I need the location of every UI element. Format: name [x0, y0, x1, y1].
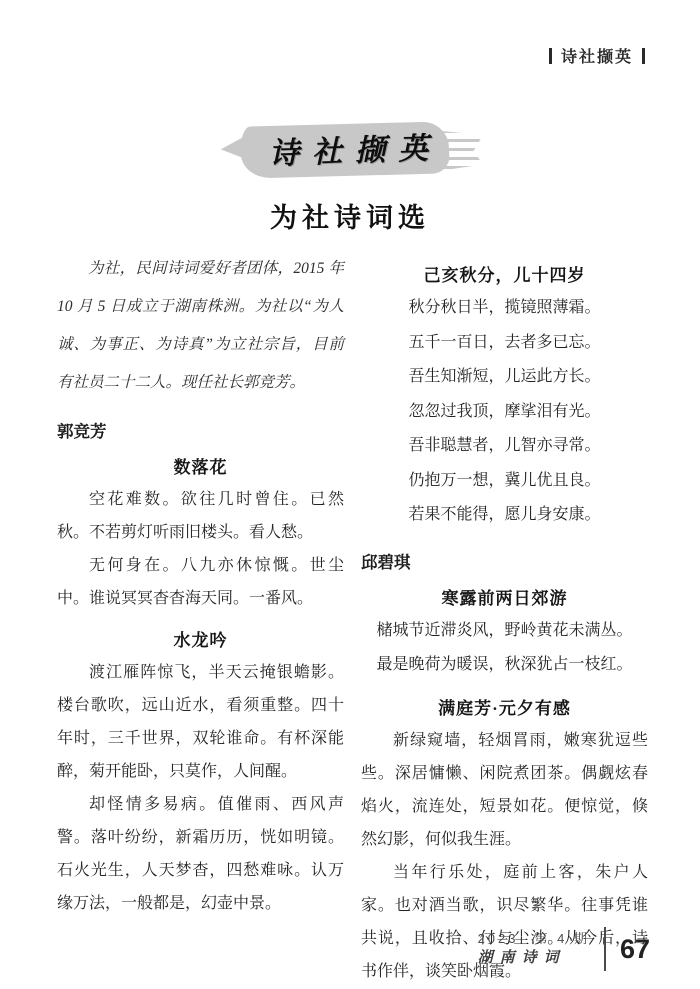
footer-journal-name: 湖南诗词 — [478, 948, 590, 968]
footer-divider — [604, 927, 606, 971]
poem-stanza: 却怪情多易病。值催雨、西风声警。落叶纷纷，新霜历历，恍如明镜。石火光生，人天梦杳… — [57, 788, 344, 920]
poem-title: 满庭芳·元夕有感 — [361, 694, 648, 719]
section-banner: 诗社撷英 — [225, 116, 475, 186]
banner-calligraphy-title: 诗社撷英 — [224, 112, 476, 191]
poem-line: 槠城节近滞炎风，野岭黄花未满丛。 — [361, 614, 648, 649]
poem-line: 秋分秋日半，揽镜照薄霜。 — [361, 291, 648, 326]
poem-lines: 秋分秋日半，揽镜照薄霜。 五千一百日，去者多已忘。 吾生知渐短，儿运此方长。 忽… — [361, 291, 648, 533]
poem-line: 五千一百日，去者多已忘。 — [361, 326, 648, 361]
poem-stanza: 渡江雁阵惊飞，半天云掩银蟾影。楼台歌吹，远山近水，看须重整。四十年时，三千世界，… — [57, 656, 344, 788]
poem-title: 数落花 — [57, 453, 344, 478]
poem-line: 吾生知渐短，儿运此方长。 — [361, 360, 648, 395]
poem-stanza: 空花难数。欲往几时曾住。已然秋。不若剪灯听雨旧楼头。看人愁。 — [57, 483, 344, 549]
poem-lines: 槠城节近滞炎风，野岭黄花未满丛。 最是晚荷为暖误，秋深犹占一枝红。 — [361, 614, 648, 683]
poem-stanza: 新绿窥墙，轻烟罥雨，嫩寒犹逗些些。深居慵懒、闲院煮团茶。偶觑炫春焰火，流连处，短… — [361, 724, 648, 856]
poem-line: 仍抱万一想，冀儿优且良。 — [361, 464, 648, 499]
two-column-body: 为社，民间诗词爱好者团体，2015 年 10 月 5 日成立于湖南株洲。为社以“… — [57, 250, 648, 988]
page-footer: 2023 第 4 期 湖南诗词 67 — [478, 927, 650, 971]
author-name: 邱碧琪 — [361, 549, 648, 573]
right-column: 己亥秋分，儿十四岁 秋分秋日半，揽镜照薄霜。 五千一百日，去者多已忘。 吾生知渐… — [361, 250, 648, 988]
running-header: 诗社撷英 — [549, 44, 645, 67]
poem-line: 吾非聪慧者，儿智亦寻常。 — [361, 429, 648, 464]
poem-title: 水龙吟 — [57, 626, 344, 651]
footer-issue-line: 2023 第 4 期 — [478, 930, 590, 948]
poem-title: 寒露前两日郊游 — [361, 584, 648, 609]
magazine-page: 诗社撷英 诗社撷英 为社诗词选 为社，民间诗词爱好者团体，2015 年 10 月… — [0, 0, 700, 989]
running-header-label: 诗社撷英 — [561, 44, 633, 67]
page-number: 67 — [620, 934, 650, 965]
poem-line: 最是晚荷为暖误，秋深犹占一枝红。 — [361, 648, 648, 683]
left-column: 为社，民间诗词爱好者团体，2015 年 10 月 5 日成立于湖南株洲。为社以“… — [57, 250, 344, 988]
poem-stanza: 无何身在。八九亦休惊慨。世尘中。谁说冥冥杳杳海天同。一番风。 — [57, 549, 344, 615]
header-bar-left — [549, 48, 552, 64]
page-title: 为社诗词选 — [0, 196, 700, 235]
poem-title: 己亥秋分，儿十四岁 — [361, 261, 648, 286]
header-bar-right — [642, 48, 645, 64]
poem-line: 若果不能得，愿儿身安康。 — [361, 498, 648, 533]
society-intro-paragraph: 为社，民间诗词爱好者团体，2015 年 10 月 5 日成立于湖南株洲。为社以“… — [57, 250, 344, 402]
author-name: 郭竞芳 — [57, 418, 344, 442]
footer-journal-block: 2023 第 4 期 湖南诗词 — [478, 930, 590, 968]
poem-line: 忽忽过我顶，摩挲泪有光。 — [361, 395, 648, 430]
